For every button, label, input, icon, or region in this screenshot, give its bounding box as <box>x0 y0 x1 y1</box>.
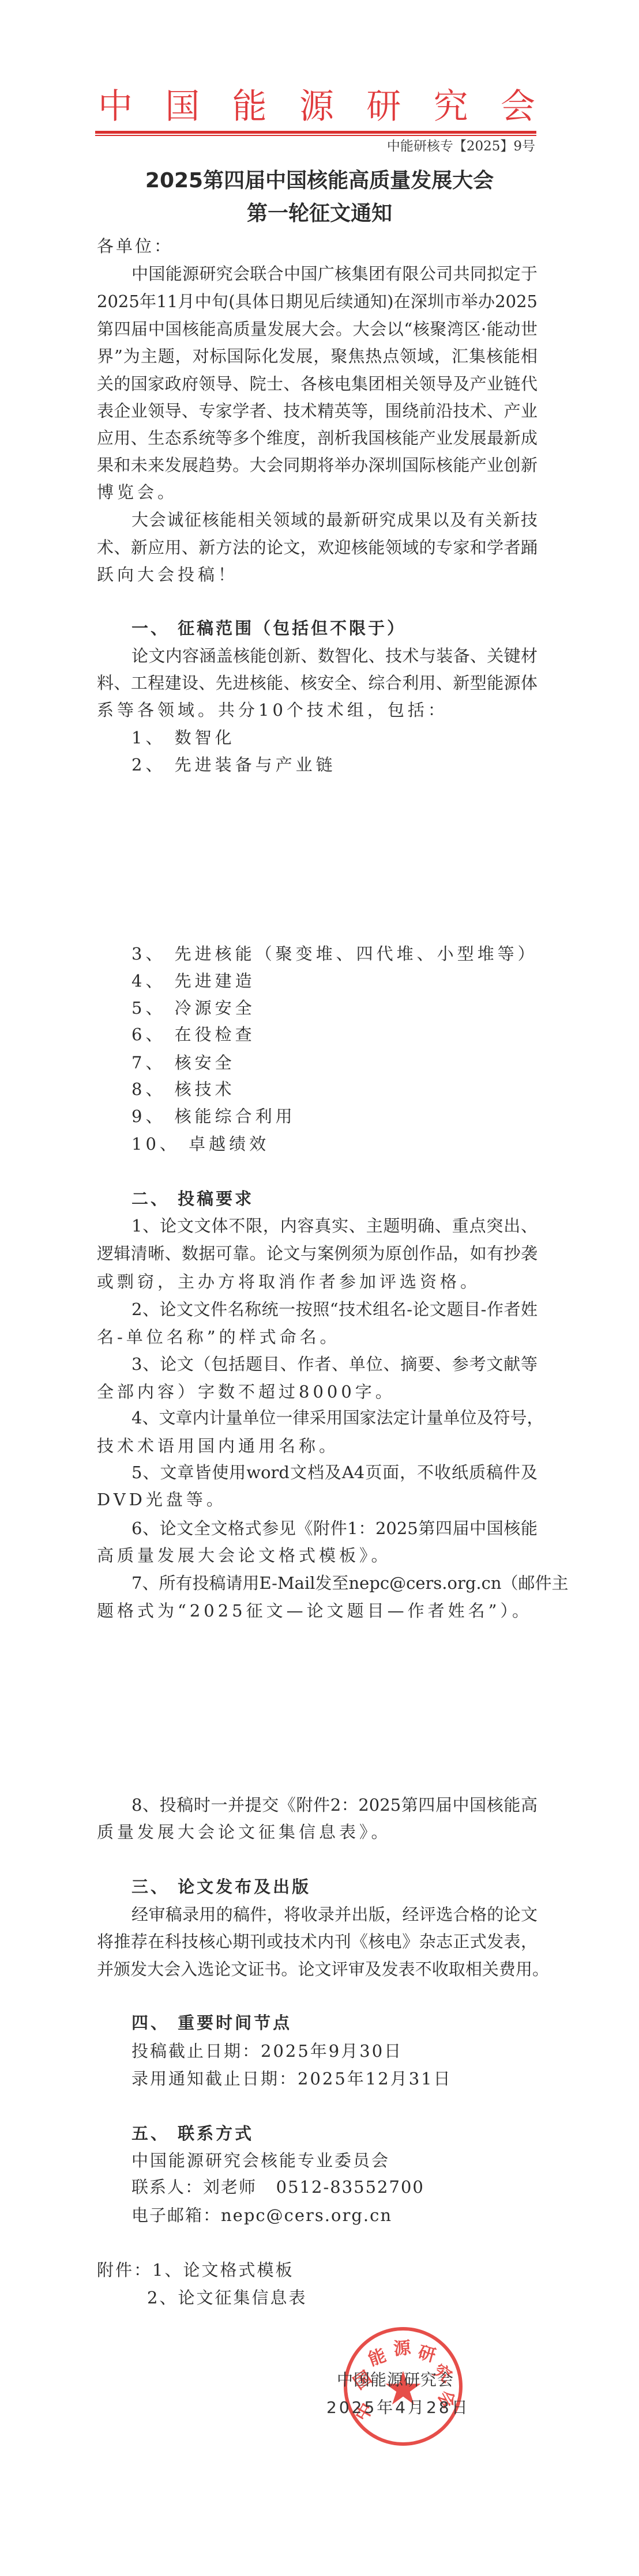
paragraph-line: 表企业领导、专家学者、技术精英等，围绕前沿技术、产业 <box>97 401 537 421</box>
tech-group-item: 5、 冷源安全 <box>131 998 255 1018</box>
paragraph-line: 论文内容涵盖核能创新、数智化、技术与装备、关键材 <box>131 645 537 666</box>
paragraph-line: 3、论文（包括题目、作者、单位、摘要、参考文献等 <box>131 1354 537 1374</box>
paragraph-line: 7、所有投稿请用E-Mail发至nepc@cers.org.cn（邮件主 <box>131 1573 537 1593</box>
paragraph-line: 5、文章皆使用word文档及A4页面，不收纸质稿件及 <box>131 1462 537 1483</box>
tech-group-item: 9、 核能综合利用 <box>131 1106 296 1127</box>
paragraph-line: 将推荐在科技核心期刊或技术内刊《核电》杂志正式发表， <box>97 1931 537 1952</box>
paragraph-line: 大会诚征核能相关领域的最新研究成果以及有关新技 <box>131 509 537 530</box>
paragraph-line: 中国能源研究会联合中国广核集团有限公司共同拟定于 <box>131 263 537 284</box>
paragraph-line: 或剽窃，主办方将取消作者参加评选资格。 <box>97 1271 480 1292</box>
paragraph-line: 应用、生态系统等多个维度，剖析我国核能产业发展最新成 <box>97 428 537 448</box>
document-number: 中能研核专【2025】9号 <box>387 138 535 154</box>
tech-group-item: 10、 卓越绩效 <box>131 1134 269 1154</box>
section-heading-publication: 三、 论文发布及出版 <box>131 1876 311 1897</box>
notification-deadline: 录用通知截止日期：2025年12月31日 <box>131 2068 452 2089</box>
document-title-line1: 2025第四届中国核能高质量发展大会 <box>0 168 639 194</box>
paragraph-line: 题格式为“2025征文—论文题目—作者姓名”）。 <box>97 1600 532 1621</box>
masthead-char: 会 <box>501 88 535 126</box>
paragraph-line: 技术术语用国内通用名称。 <box>97 1436 339 1456</box>
paragraph-line: 全部内容）字数不超过8000字。 <box>97 1381 396 1402</box>
paragraph-line: 跃向大会投稿！ <box>97 564 238 585</box>
contact-email[interactable]: 电子邮箱：nepc@cers.org.cn <box>131 2205 392 2226</box>
paragraph-line: 并颁发大会入选论文证书。论文评审及发表不收取相关费用。 <box>97 1959 549 1980</box>
attachment-item-1[interactable]: 附件：1、论文格式模板 <box>97 2260 294 2280</box>
paragraph-line: 2025年11月中旬(具体日期见后续通知)在深圳市举办2025 <box>97 291 537 312</box>
section-heading-scope: 一、 征稿范围（包括但不限于） <box>131 618 406 639</box>
paragraph-line: 6、论文全文格式参见《附件1：2025第四届中国核能 <box>131 1518 537 1539</box>
paragraph-line: 4、文章内计量单位一律采用国家法定计量单位及符号， <box>131 1407 537 1428</box>
paragraph-line: 博览会。 <box>97 482 178 503</box>
signature-date: 2025年4月28日 <box>326 2398 470 2418</box>
tech-group-item: 6、 在役检查 <box>131 1024 255 1045</box>
masthead-char: 研 <box>366 88 401 126</box>
masthead-char: 国 <box>165 88 200 126</box>
paragraph-line: 8、投稿时一并提交《附件2：2025第四届中国核能高 <box>131 1795 537 1815</box>
section-heading-contact: 五、 联系方式 <box>131 2123 254 2144</box>
contact-committee: 中国能源研究会核能专业委员会 <box>131 2150 390 2171</box>
paragraph-line: 名-单位名称”的样式命名。 <box>97 1327 340 1347</box>
paragraph-line: DVD光盘等。 <box>97 1489 227 1510</box>
paragraph-line: 界”为主题，对标国际化发展，聚焦热点领域，汇集核能相 <box>97 346 537 367</box>
section-heading-requirements: 二、 投稿要求 <box>131 1188 254 1209</box>
paragraph-line: 2、论文文件名称统一按照“技术组名-论文题目-作者姓 <box>131 1299 537 1320</box>
tech-group-item: 2、 先进装备与产业链 <box>131 754 336 775</box>
tech-group-item: 4、 先进建造 <box>131 970 255 991</box>
masthead-rule-thick <box>95 131 536 134</box>
masthead-rule-thin <box>95 135 536 136</box>
signature-org: 中国能源研究会 <box>337 2370 454 2390</box>
masthead-char: 中 <box>98 88 133 126</box>
tech-group-item: 1、 数智化 <box>131 727 235 748</box>
seal-char: 研 <box>416 2338 439 2367</box>
salutation: 各单位： <box>97 236 173 256</box>
tech-group-item: 7、 核安全 <box>131 1052 235 1073</box>
paragraph-line: 系等各领域。共分10个技术组，包括： <box>97 700 448 720</box>
seal-char: 源 <box>392 2333 412 2360</box>
paragraph-line: 质量发展大会论文征集信息表》。 <box>97 1822 392 1842</box>
paragraph-line: 经审稿录用的稿件，将收录并出版，经评选合格的论文 <box>131 1904 537 1925</box>
submission-deadline: 投稿截止日期：2025年9月30日 <box>131 2041 403 2061</box>
paragraph-line: 1、论文文体不限，内容真实、主题明确、重点突出、 <box>131 1215 537 1236</box>
paragraph-line: 高质量发展大会论文格式模板》。 <box>97 1545 392 1566</box>
masthead-char: 能 <box>232 88 267 126</box>
masthead-char: 源 <box>299 88 334 126</box>
paragraph-line: 术、新应用、新方法的论文，欢迎核能领域的专家和学者踊 <box>97 537 537 558</box>
contact-person-phone: 联系人：刘老师 0512-83552700 <box>131 2177 424 2197</box>
masthead-char: 究 <box>434 88 468 126</box>
document-title-line2: 第一轮征文通知 <box>0 201 639 226</box>
tech-group-item: 3、 先进核能（聚变堆、四代堆、小型堆等） <box>131 943 538 964</box>
paragraph-line: 果和未来发展趋势。大会同期将举办深圳国际核能产业创新 <box>97 455 537 475</box>
paragraph-line: 逻辑清晰、数据可靠。论文与案例须为原创作品，如有抄袭 <box>97 1243 537 1264</box>
tech-group-item: 8、 核技术 <box>131 1079 235 1100</box>
paragraph-line: 料、工程建设、先进核能、核安全、综合利用、新型能源体 <box>97 673 537 693</box>
paragraph-line: 关的国家政府领导、院士、各核电集团相关领导及产业链代 <box>97 373 537 394</box>
masthead-org-name: 中 国 能 源 研 究 会 <box>98 88 535 126</box>
section-heading-timeline: 四、 重要时间节点 <box>131 2012 292 2033</box>
paragraph-line: 第四届中国核能高质量发展大会。大会以“核聚湾区·能动世 <box>97 319 537 339</box>
attachment-item-2[interactable]: 2、论文征集信息表 <box>147 2287 307 2308</box>
